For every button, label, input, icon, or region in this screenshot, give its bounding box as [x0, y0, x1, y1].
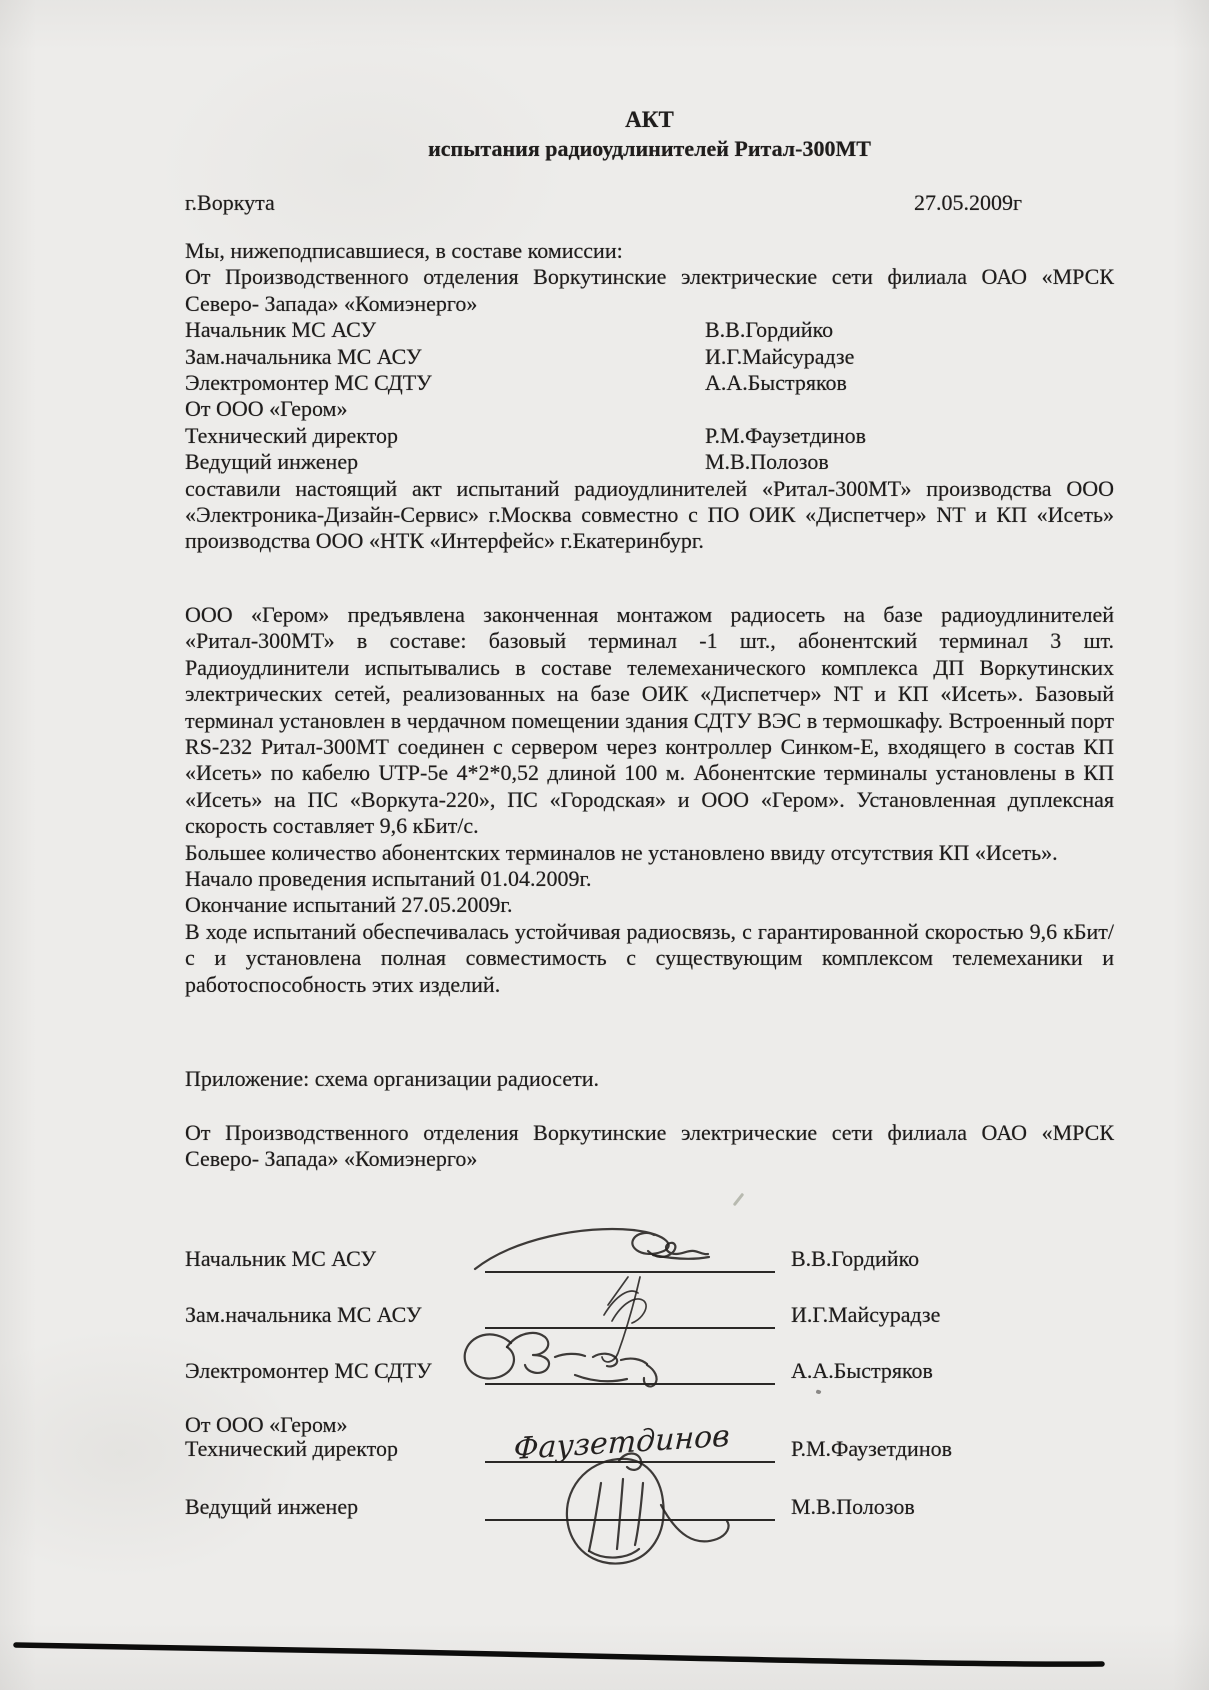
test-start-line: Начало проведения испытаний 01.04.2009г.	[185, 866, 1114, 892]
dateline: г.Воркута 27.05.2009г	[185, 190, 1114, 216]
signature-role: Электромонтер МС СДТУ	[185, 1358, 485, 1385]
signature-role: Зам.начальника МС АСУ	[185, 1302, 485, 1329]
signature-role: Технический директор	[185, 1436, 485, 1463]
doc-date: 27.05.2009г	[914, 190, 1022, 216]
member-name: М.В.Полозов	[705, 449, 829, 475]
signature-name: А.А.Быстряков	[791, 1358, 933, 1385]
member-role: Начальник МС АСУ	[185, 317, 376, 342]
commission-org1: От Производственного отделения Воркутинс…	[185, 264, 1114, 317]
signature-name: И.Г.Майсурадзе	[791, 1302, 940, 1329]
member-row: Зам.начальника МС АСУ И.Г.Майсурадзе	[185, 344, 1114, 370]
signing-org1-text: От Производственного отделения Воркутинс…	[185, 1120, 1114, 1173]
member-row: Технический директор Р.М.Фаузетдинов	[185, 423, 1114, 449]
signature-row-polozov: Ведущий инженер М.В.Полозов	[185, 1494, 1114, 1521]
member-name: А.А.Быстряков	[705, 370, 847, 396]
signature-line	[485, 1358, 775, 1385]
scanned-document-page: АКТ испытания радиоудлинителей Ритал-300…	[0, 0, 1209, 1690]
commission-section: Мы, нижеподписавшиеся, в составе комисси…	[185, 238, 1114, 555]
member-role: Технический директор	[185, 423, 398, 448]
stray-ink-dot	[815, 1389, 821, 1394]
scan-artifact-line	[14, 1640, 1114, 1672]
member-role: Ведущий инженер	[185, 449, 358, 474]
signature-name: В.В.Гордийко	[791, 1246, 919, 1273]
doc-subtitle: испытания радиоудлинителей Ритал-300МТ	[185, 134, 1114, 164]
bystryakov-signature	[455, 1321, 707, 1401]
commission-intro: Мы, нижеподписавшиеся, в составе комисси…	[185, 238, 1114, 264]
signature-name: Р.М.Фаузетдинов	[791, 1436, 952, 1463]
member-name: В.В.Гордийко	[705, 317, 833, 343]
paragraph-result: В ходе испытаний обеспечивалась устойчив…	[185, 919, 1114, 998]
attachment-line: Приложение: схема организации радиосети.	[185, 1066, 1114, 1092]
body-text: ООО «Гером» предъявлена законченная монт…	[185, 602, 1114, 998]
signature-name: М.В.Полозов	[791, 1494, 915, 1521]
paragraph-terminal-count: Большее количество абонентских терминало…	[185, 840, 1114, 866]
member-row: Электромонтер МС СДТУ А.А.Быстряков	[185, 370, 1114, 396]
signature-role: Начальник МС АСУ	[185, 1246, 485, 1273]
test-end-line: Окончание испытаний 27.05.2009г.	[185, 892, 1114, 918]
member-name: Р.М.Фаузетдинов	[705, 423, 866, 449]
member-row: Ведущий инженер М.В.Полозов	[185, 449, 1114, 475]
signature-row-bystryakov: Электромонтер МС СДТУ А.А.Быстряков	[185, 1358, 1114, 1385]
paragraph-radio-network: ООО «Гером» предъявлена законченная монт…	[185, 602, 1114, 840]
member-row: Начальник МС АСУ В.В.Гордийко	[185, 317, 1114, 343]
member-role: Электромонтер МС СДТУ	[185, 370, 432, 395]
member-role: Зам.начальника МС АСУ	[185, 344, 422, 369]
doc-title: АКТ	[185, 106, 1114, 134]
doc-city: г.Воркута	[185, 190, 275, 216]
signature-role: Ведущий инженер	[185, 1494, 485, 1521]
signing-org1-header: От Производственного отделения Воркутинс…	[185, 1120, 1114, 1173]
polozov-signature	[535, 1451, 745, 1573]
document-header: АКТ испытания радиоудлинителей Ритал-300…	[185, 106, 1114, 164]
stray-pen-mark	[733, 1193, 745, 1207]
signature-line	[485, 1494, 775, 1521]
member-name: И.Г.Майсурадзе	[705, 344, 854, 370]
commission-org2: От ООО «Гером»	[185, 396, 1114, 422]
commission-composed: составили настоящий акт испытаний радиоу…	[185, 476, 1114, 555]
